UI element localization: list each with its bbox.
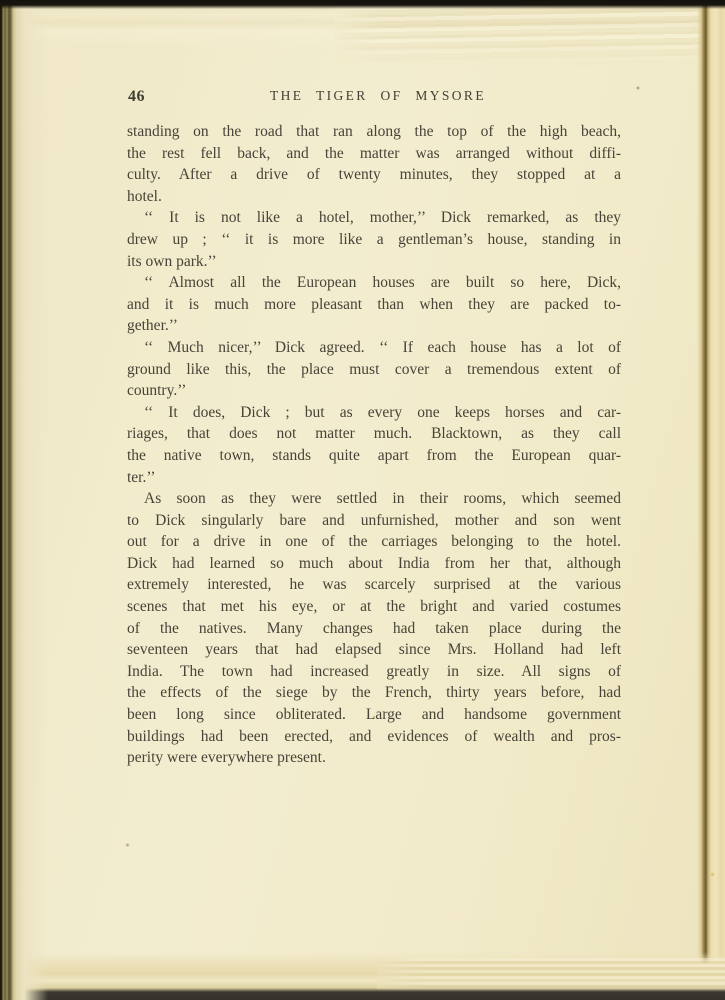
book-binding-gutter bbox=[0, 0, 48, 1000]
bottom-page-edge-streaks bbox=[377, 958, 725, 990]
text-line: drew up ; ‘‘ it is more like a gentleman… bbox=[127, 229, 621, 251]
text-line: ter.’’ bbox=[127, 467, 621, 489]
text-line: ‘‘ Much nicer,’’ Dick agreed. ‘‘ If each… bbox=[127, 337, 621, 359]
paper-speck bbox=[636, 86, 640, 90]
text-line: scenes that met his eye, or at the brigh… bbox=[127, 596, 621, 618]
page-number: 46 bbox=[128, 88, 145, 106]
fore-edge-page-stack bbox=[697, 0, 725, 1000]
text-line: ‘‘ Almost all the European houses are bu… bbox=[127, 272, 621, 294]
top-right-page-edges bbox=[334, 4, 720, 66]
scan-border-top bbox=[0, 0, 725, 9]
text-line: As soon as they were settled in their ro… bbox=[127, 488, 621, 510]
book-page-scan: 46 THE TIGER OF MYSORE standing on the r… bbox=[0, 0, 725, 1000]
text-line: and it is much more pleasant than when t… bbox=[127, 294, 621, 316]
text-line: culty. After a drive of twenty minutes, … bbox=[127, 164, 621, 186]
text-line: the native town, stands quite apart from… bbox=[127, 445, 621, 467]
text-line: to Dick singularly bare and unfurnished,… bbox=[127, 510, 621, 532]
scan-border-bottom bbox=[0, 988, 725, 1000]
text-line: seventeen years that had elapsed since M… bbox=[127, 639, 621, 661]
text-line: the effects of the siege by the French, … bbox=[127, 682, 621, 704]
paragraph-1: standing on the road that ran along the … bbox=[127, 121, 621, 207]
text-line: standing on the road that ran along the … bbox=[127, 121, 621, 143]
text-line: out for a drive in one of the carriages … bbox=[127, 531, 621, 553]
paper-speck bbox=[125, 843, 130, 847]
text-line: of the natives. Many changes had taken p… bbox=[127, 618, 621, 640]
text-line: the rest fell back, and the matter was a… bbox=[127, 143, 621, 165]
paragraph-5: ‘‘ It does, Dick ; but as every one keep… bbox=[127, 402, 621, 488]
paragraph-4: ‘‘ Much nicer,’’ Dick agreed. ‘‘ If each… bbox=[127, 337, 621, 402]
text-line: been long since obliterated. Large and h… bbox=[127, 704, 621, 726]
text-line: ground like this, the place must cover a… bbox=[127, 359, 621, 381]
body-text: standing on the road that ran along the … bbox=[127, 121, 621, 769]
paragraph-2: ‘‘ It is not like a hotel, mother,’’ Dic… bbox=[127, 207, 621, 272]
text-line: extremely interested, he was scarcely su… bbox=[127, 574, 621, 596]
text-line: ‘‘ It does, Dick ; but as every one keep… bbox=[127, 402, 621, 424]
running-title: THE TIGER OF MYSORE bbox=[127, 88, 621, 104]
text-line: buildings had been erected, and evidence… bbox=[127, 726, 621, 748]
paper-speck bbox=[710, 872, 715, 877]
text-line: its own park.’’ bbox=[127, 251, 621, 273]
text-line: riages, that does not matter much. Black… bbox=[127, 423, 621, 445]
text-line: perity were everywhere present. bbox=[127, 747, 621, 769]
text-line: gether.’’ bbox=[127, 315, 621, 337]
page-header: 46 THE TIGER OF MYSORE bbox=[127, 88, 621, 108]
paragraph-3: ‘‘ Almost all the European houses are bu… bbox=[127, 272, 621, 337]
text-line: Dick had learned so much about India fro… bbox=[127, 553, 621, 575]
text-line: India. The town had increased greatly in… bbox=[127, 661, 621, 683]
text-line: ‘‘ It is not like a hotel, mother,’’ Dic… bbox=[127, 207, 621, 229]
text-line: hotel. bbox=[127, 186, 621, 208]
paragraph-6: As soon as they were settled in their ro… bbox=[127, 488, 621, 769]
text-line: country.’’ bbox=[127, 380, 621, 402]
